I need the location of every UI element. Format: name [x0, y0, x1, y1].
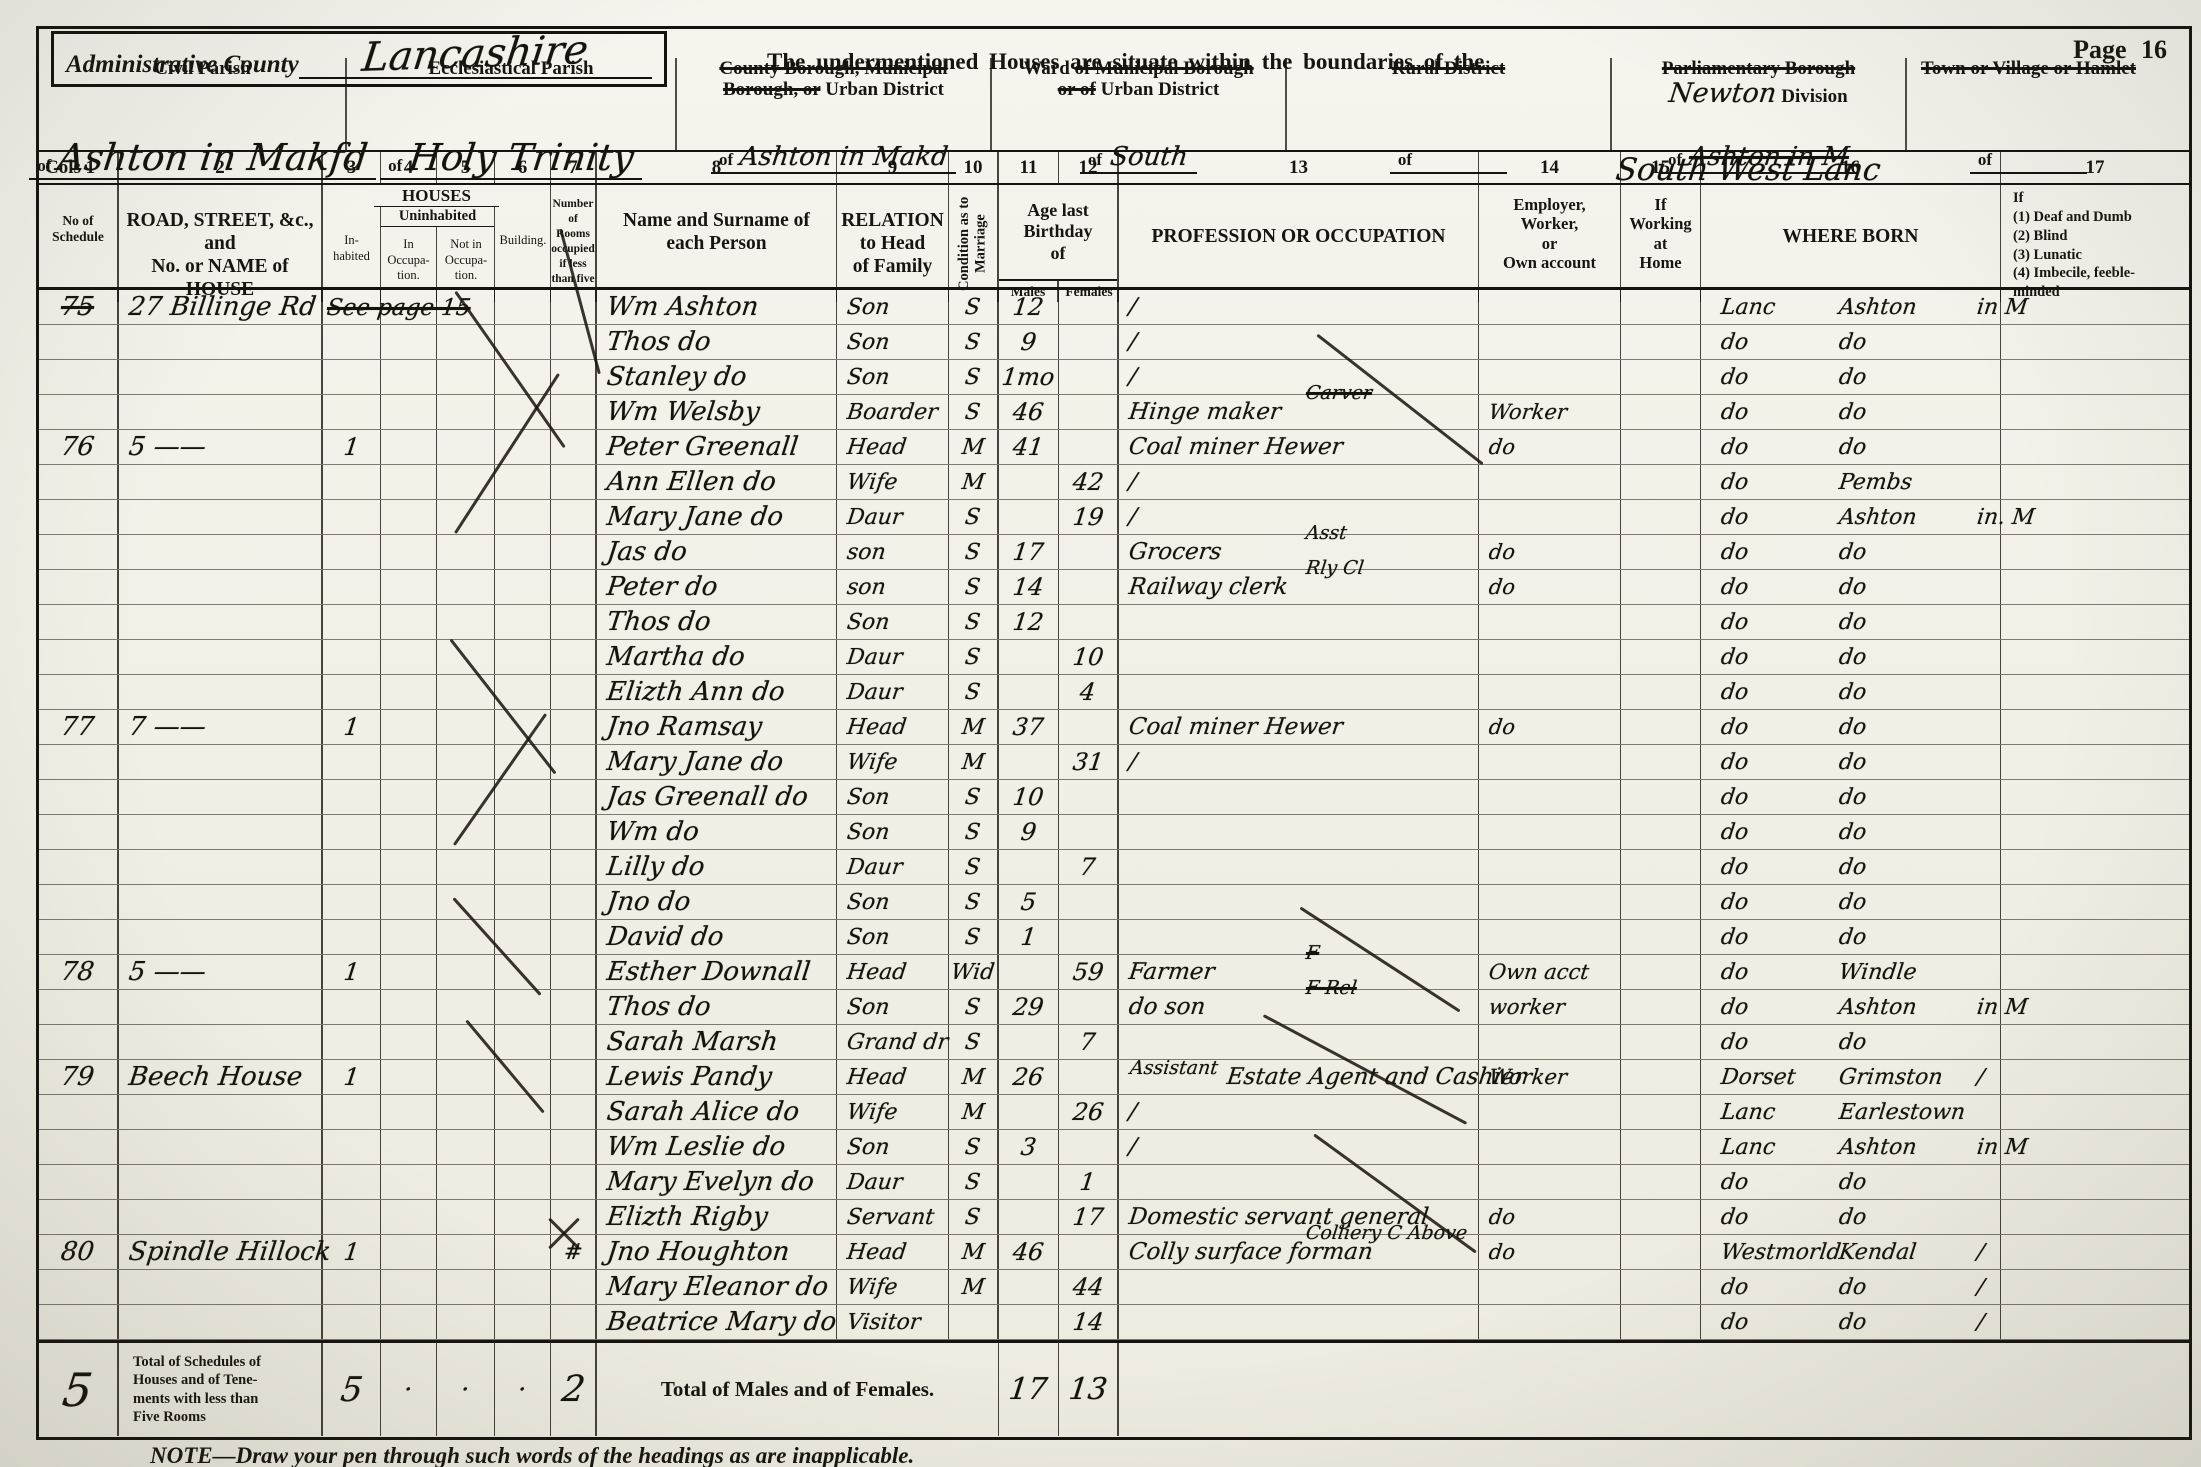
cell-where-born: dodo	[1701, 745, 2001, 779]
cell-condition: M	[949, 745, 999, 779]
born-part-1: do	[1719, 1275, 1749, 1300]
cell-age-male	[999, 465, 1059, 499]
cell-relation: Son	[837, 605, 949, 639]
cell-employer: Worker	[1479, 1060, 1621, 1094]
cell-employer	[1479, 1130, 1621, 1164]
cell-inhabited	[323, 815, 381, 849]
cell-relation: Daur	[837, 1165, 949, 1199]
census-row-23: 79Beech House1Lewis PandyHeadM26Assistan…	[39, 1060, 2189, 1095]
cell-inhabited	[323, 850, 381, 884]
cell-inhabited: See page 15	[323, 290, 381, 324]
cell-not-in-occupation	[437, 1270, 495, 1304]
cell-relation: Son	[837, 1130, 949, 1164]
born-part-2: do	[1837, 365, 1867, 390]
born-part-2: do	[1837, 785, 1867, 810]
cell-road	[119, 1200, 323, 1234]
cell-in-occupation	[381, 1130, 437, 1164]
born-part-3: /	[1975, 1310, 1985, 1335]
cell-not-in-occupation	[437, 1165, 495, 1199]
cell-rooms	[551, 955, 597, 989]
born-part-1: do	[1719, 470, 1749, 495]
born-part-1: do	[1719, 645, 1749, 670]
born-part-2: do	[1837, 575, 1867, 600]
born-part-3: /	[1975, 1275, 1985, 1300]
cell-profession: Colly surface formanColliery C Above	[1119, 1235, 1479, 1269]
cell-at-home	[1621, 920, 1701, 954]
cell-condition: S	[949, 500, 999, 534]
cell-at-home	[1621, 1270, 1701, 1304]
cell-schedule: 77	[39, 710, 119, 744]
cell-employer	[1479, 1305, 1621, 1339]
cell-schedule	[39, 640, 119, 674]
district-civil-parish-value: ofAshton in Makfd	[29, 139, 376, 180]
cell-name: Peter do	[597, 570, 837, 604]
cell-profession	[1119, 885, 1479, 919]
born-part-1: do	[1719, 540, 1749, 565]
cell-schedule	[39, 1095, 119, 1129]
census-row-30: Beatrice Mary doVisitor14dodo/	[39, 1305, 2189, 1340]
cell-not-in-occupation	[437, 850, 495, 884]
census-row-6: Ann Ellen doWifeM42/doPembs	[39, 465, 2189, 500]
cell-schedule: 79	[39, 1060, 119, 1094]
cell-road	[119, 395, 323, 429]
cell-condition: S	[949, 1165, 999, 1199]
cell-age-male	[999, 745, 1059, 779]
cell-road	[119, 745, 323, 779]
cell-rooms	[551, 885, 597, 919]
cell-age-female	[1059, 1130, 1119, 1164]
born-part-2: Earlestown	[1837, 1100, 1966, 1125]
cell-employer	[1479, 500, 1621, 534]
cell-profession: /	[1119, 465, 1479, 499]
cell-where-born: dodo/	[1701, 1305, 2001, 1339]
cell-not-in-occupation	[437, 430, 495, 464]
cell-age-female	[1059, 1060, 1119, 1094]
cell-schedule	[39, 1270, 119, 1304]
cell-relation: Son	[837, 920, 949, 954]
cell-profession	[1119, 1305, 1479, 1339]
born-part-1: do	[1719, 1205, 1749, 1230]
born-part-2: Kendal	[1837, 1240, 1917, 1265]
cell-condition: S	[949, 885, 999, 919]
cell-at-home	[1621, 1130, 1701, 1164]
cell-road	[119, 605, 323, 639]
cell-inhabited	[323, 780, 381, 814]
born-part-3: in. M	[1975, 505, 2036, 530]
born-part-1: do	[1719, 435, 1749, 460]
cell-employer	[1479, 1025, 1621, 1059]
cell-building	[495, 570, 551, 604]
cell-in-occupation	[381, 570, 437, 604]
totals-row: 5 Total of Schedules of Houses and of Te…	[39, 1340, 2189, 1436]
cell-relation: Son	[837, 290, 949, 324]
cell-condition: M	[949, 1270, 999, 1304]
cell-condition: S	[949, 640, 999, 674]
cell-age-male	[999, 1305, 1059, 1339]
census-row-3: Stanley doSonS1mo/dodo	[39, 360, 2189, 395]
cell-relation: Wife	[837, 1095, 949, 1129]
cell-schedule	[39, 535, 119, 569]
cell-relation: Head	[837, 1235, 949, 1269]
cell-name: Jas do	[597, 535, 837, 569]
cell-profession	[1119, 1165, 1479, 1199]
cell-in-occupation	[381, 535, 437, 569]
census-row-11: Martha doDaurS10dodo	[39, 640, 2189, 675]
footer-note: NOTE—Draw your pen through such words of…	[150, 1443, 914, 1467]
census-rows: 7527 Billinge RdSee page 15Wm AshtonSonS…	[39, 290, 2189, 1340]
cell-schedule	[39, 675, 119, 709]
cell-at-home	[1621, 360, 1701, 394]
cell-not-in-occupation	[437, 395, 495, 429]
cell-relation: Daur	[837, 850, 949, 884]
cell-employer: do	[1479, 430, 1621, 464]
header-name: Name and Surname of each Person	[597, 185, 837, 302]
cell-road	[119, 360, 323, 394]
cell-condition: S	[949, 815, 999, 849]
cell-relation: Wife	[837, 745, 949, 779]
cell-profession: /	[1119, 360, 1479, 394]
census-row-7: Mary Jane doDaurS19/doAshtonin. M	[39, 500, 2189, 535]
census-row-19: David doSonS1dodo	[39, 920, 2189, 955]
cell-relation: Visitor	[837, 1305, 949, 1339]
cell-road	[119, 500, 323, 534]
born-part-2: do	[1837, 925, 1867, 950]
cell-infirmity	[2001, 1095, 2189, 1129]
cell-infirmity	[2001, 745, 2189, 779]
cell-in-occupation	[381, 465, 437, 499]
cell-building	[495, 920, 551, 954]
cell-condition: S	[949, 395, 999, 429]
born-part-2: do	[1837, 1030, 1867, 1055]
cell-not-in-occupation	[437, 675, 495, 709]
cell-building	[495, 325, 551, 359]
cell-relation: Head	[837, 955, 949, 989]
cell-relation: Son	[837, 990, 949, 1024]
cell-building	[495, 290, 551, 324]
header-employer: Employer, Worker, or Own account	[1479, 185, 1621, 302]
born-part-2: do	[1837, 610, 1867, 635]
cell-profession	[1119, 640, 1479, 674]
cell-age-female: 10	[1059, 640, 1119, 674]
cell-condition: M	[949, 1235, 999, 1269]
cell-relation: Daur	[837, 675, 949, 709]
district-civil-parish: Civil ParishofAshton in Makfd	[60, 58, 345, 150]
cell-inhabited	[323, 1025, 381, 1059]
cell-where-born: dodo	[1701, 1200, 2001, 1234]
cell-at-home	[1621, 1095, 1701, 1129]
born-part-2: Pembs	[1837, 470, 1913, 495]
cell-employer	[1479, 920, 1621, 954]
cell-age-male: 46	[999, 1235, 1059, 1269]
cell-where-born: dodo	[1701, 535, 2001, 569]
cell-at-home	[1621, 990, 1701, 1024]
cell-name: Stanley do	[597, 360, 837, 394]
cell-inhabited	[323, 570, 381, 604]
cell-at-home	[1621, 570, 1701, 604]
cell-employer	[1479, 815, 1621, 849]
cell-condition: S	[949, 535, 999, 569]
cell-not-in-occupation	[437, 360, 495, 394]
cell-at-home	[1621, 815, 1701, 849]
header-houses: HOUSES In- habited Uninhabited In Occupa…	[323, 185, 551, 302]
born-part-1: do	[1719, 365, 1749, 390]
cell-schedule	[39, 395, 119, 429]
header-age: Age last Birthday of Males Females	[999, 185, 1119, 302]
district-ward-value: ofSouth	[1080, 144, 1197, 174]
cell-name: Mary Jane do	[597, 500, 837, 534]
cell-relation: Servant	[837, 1200, 949, 1234]
cell-inhabited	[323, 605, 381, 639]
cell-profession	[1119, 1025, 1479, 1059]
cell-inhabited: 1	[323, 1060, 381, 1094]
cell-age-female	[1059, 885, 1119, 919]
cell-where-born: dodo	[1701, 885, 2001, 919]
cell-age-female: 59	[1059, 955, 1119, 989]
cell-where-born: dodo	[1701, 570, 2001, 604]
cell-inhabited: 1	[323, 710, 381, 744]
cell-rooms	[551, 500, 597, 534]
born-part-1: do	[1719, 400, 1749, 425]
cell-not-in-occupation	[437, 745, 495, 779]
born-part-2: Grimston	[1837, 1065, 1944, 1090]
born-part-1: do	[1719, 960, 1749, 985]
header-building: Building.	[495, 207, 551, 302]
header-houses-title: HOUSES	[374, 186, 499, 207]
cell-schedule	[39, 360, 119, 394]
cell-relation: son	[837, 570, 949, 604]
cell-name: David do	[597, 920, 837, 954]
cell-infirmity	[2001, 815, 2189, 849]
cell-employer: do	[1479, 570, 1621, 604]
cell-employer	[1479, 745, 1621, 779]
census-row-25: Wm Leslie doSonS3/LancAshtonin M	[39, 1130, 2189, 1165]
cell-infirmity	[2001, 570, 2189, 604]
cell-rooms	[551, 1305, 597, 1339]
census-row-8: Jas dosonS17GrocersAsstdododo	[39, 535, 2189, 570]
cell-road	[119, 535, 323, 569]
cell-employer	[1479, 465, 1621, 499]
cell-building	[495, 1235, 551, 1269]
cell-condition	[949, 1305, 999, 1339]
cell-where-born: dodo	[1701, 920, 2001, 954]
cell-at-home	[1621, 430, 1701, 464]
cell-inhabited	[323, 535, 381, 569]
cell-inhabited: 1	[323, 430, 381, 464]
born-part-1: do	[1719, 1170, 1749, 1195]
cell-in-occupation	[381, 360, 437, 394]
cell-condition: S	[949, 360, 999, 394]
cell-relation: Grand dr	[837, 1025, 949, 1059]
born-part-1: do	[1719, 680, 1749, 705]
cell-in-occupation	[381, 500, 437, 534]
cell-road	[119, 780, 323, 814]
cell-schedule	[39, 745, 119, 779]
cell-in-occupation	[381, 1200, 437, 1234]
born-part-2: do	[1837, 435, 1867, 460]
cell-not-in-occupation	[437, 710, 495, 744]
cell-inhabited	[323, 640, 381, 674]
cell-road	[119, 570, 323, 604]
cell-schedule: 76	[39, 430, 119, 464]
cell-age-male: 1	[999, 920, 1059, 954]
cell-rooms	[551, 570, 597, 604]
cell-age-male	[999, 955, 1059, 989]
cell-road	[119, 675, 323, 709]
cell-condition: S	[949, 290, 999, 324]
cell-relation: Boarder	[837, 395, 949, 429]
cell-not-in-occupation	[437, 1130, 495, 1164]
cell-in-occupation	[381, 430, 437, 464]
cell-road	[119, 465, 323, 499]
cell-age-female	[1059, 780, 1119, 814]
cell-at-home	[1621, 850, 1701, 884]
census-row-29: Mary Eleanor doWifeM44dodo/	[39, 1270, 2189, 1305]
census-row-2: Thos doSonS9/dodo	[39, 325, 2189, 360]
cell-employer	[1479, 1095, 1621, 1129]
census-row-18: Jno doSonS5dodo	[39, 885, 2189, 920]
cell-age-male: 9	[999, 325, 1059, 359]
cell-road	[119, 1095, 323, 1129]
cell-not-in-occupation	[437, 1235, 495, 1269]
born-part-2: do	[1837, 1310, 1867, 1335]
district-ward: Ward of Municipal Boroughor of Urban Dis…	[990, 58, 1285, 150]
cell-building	[495, 885, 551, 919]
cell-relation: Son	[837, 325, 949, 359]
district-ecclesiastical-parish: Ecclesiastical ParishofHoly Trinity	[345, 58, 675, 150]
cell-age-female: 26	[1059, 1095, 1119, 1129]
cell-in-occupation	[381, 745, 437, 779]
cell-age-female	[1059, 605, 1119, 639]
cell-not-in-occupation	[437, 325, 495, 359]
cell-road	[119, 1270, 323, 1304]
cell-in-occupation	[381, 1025, 437, 1059]
cell-profession	[1119, 675, 1479, 709]
cell-name: Esther Downall	[597, 955, 837, 989]
cell-inhabited	[323, 1095, 381, 1129]
cell-in-occupation	[381, 395, 437, 429]
cell-profession: /	[1119, 1130, 1479, 1164]
cell-relation: Son	[837, 360, 949, 394]
cell-relation: Wife	[837, 1270, 949, 1304]
cell-name: Jas Greenall do	[597, 780, 837, 814]
cell-where-born: dodo	[1701, 815, 2001, 849]
cell-employer: worker	[1479, 990, 1621, 1024]
cell-condition: S	[949, 990, 999, 1024]
born-part-1: do	[1719, 785, 1749, 810]
cell-inhabited	[323, 1200, 381, 1234]
cell-where-born: dodo	[1701, 360, 2001, 394]
cell-road	[119, 815, 323, 849]
cell-age-female	[1059, 1235, 1119, 1269]
cell-at-home	[1621, 500, 1701, 534]
cell-age-male: 26	[999, 1060, 1059, 1094]
cell-road	[119, 325, 323, 359]
cell-profession: do sonF Rel	[1119, 990, 1479, 1024]
cell-inhabited: 1	[323, 1235, 381, 1269]
totals-inhabited: 5	[323, 1343, 381, 1436]
cell-road	[119, 1025, 323, 1059]
cell-infirmity	[2001, 1025, 2189, 1059]
profession-annotation: F Rel	[1304, 977, 1358, 999]
cell-condition: S	[949, 325, 999, 359]
cell-where-born: dodo	[1701, 395, 2001, 429]
totals-not-in-occupation: ·	[437, 1343, 495, 1436]
cell-relation: Daur	[837, 500, 949, 534]
born-part-2: Ashton	[1837, 1135, 1918, 1160]
born-part-1: Westmorld	[1719, 1240, 1842, 1265]
cell-not-in-occupation	[437, 605, 495, 639]
cell-schedule	[39, 570, 119, 604]
cell-employer	[1479, 850, 1621, 884]
cell-age-female	[1059, 920, 1119, 954]
cell-relation: Head	[837, 710, 949, 744]
cell-road: 5 ——	[119, 430, 323, 464]
cell-in-occupation	[381, 1270, 437, 1304]
cell-name: Jno Houghton	[597, 1235, 837, 1269]
cell-infirmity	[2001, 325, 2189, 359]
cell-schedule	[39, 1025, 119, 1059]
cell-road	[119, 850, 323, 884]
cell-at-home	[1621, 465, 1701, 499]
cell-building	[495, 500, 551, 534]
cell-relation: Son	[837, 815, 949, 849]
cell-at-home	[1621, 675, 1701, 709]
cell-relation: Head	[837, 1060, 949, 1094]
cell-rooms	[551, 780, 597, 814]
cell-road	[119, 1305, 323, 1339]
cell-building	[495, 1200, 551, 1234]
header-at-home: If Working at Home	[1621, 185, 1701, 302]
cell-building	[495, 1025, 551, 1059]
census-row-24: Sarah Alice doWifeM26/LancEarlestown	[39, 1095, 2189, 1130]
cell-age-male: 41	[999, 430, 1059, 464]
cell-rooms	[551, 640, 597, 674]
cell-at-home	[1621, 1305, 1701, 1339]
cell-employer: do	[1479, 710, 1621, 744]
cell-at-home	[1621, 1025, 1701, 1059]
cell-at-home	[1621, 325, 1701, 359]
cell-rooms	[551, 710, 597, 744]
cell-road: 7 ——	[119, 710, 323, 744]
born-part-1: do	[1719, 995, 1749, 1020]
cell-rooms	[551, 535, 597, 569]
cell-not-in-occupation	[437, 1200, 495, 1234]
profession-annotation: Assistant	[1129, 1057, 1220, 1079]
census-row-21: Thos doSonS29do sonF RelworkerdoAshtonin…	[39, 990, 2189, 1025]
cell-name: Wm Ashton	[597, 290, 837, 324]
cell-name: Mary Jane do	[597, 745, 837, 779]
born-part-2: do	[1837, 540, 1867, 565]
born-part-1: do	[1719, 820, 1749, 845]
census-row-1: 7527 Billinge RdSee page 15Wm AshtonSonS…	[39, 290, 2189, 325]
district-rural-district: Rural Districtof	[1285, 58, 1610, 150]
cell-profession: AssistantEstate Agent and Cashier	[1119, 1060, 1479, 1094]
cell-building	[495, 815, 551, 849]
cell-age-male: 12	[999, 605, 1059, 639]
cell-inhabited	[323, 465, 381, 499]
cell-profession: Coal miner Hewer	[1119, 710, 1479, 744]
cell-where-born: LancEarlestown	[1701, 1095, 2001, 1129]
cell-age-female: 1	[1059, 1165, 1119, 1199]
cell-condition: M	[949, 1095, 999, 1129]
cell-profession: /	[1119, 325, 1479, 359]
born-part-2: do	[1837, 820, 1867, 845]
totals-label: Total of Schedules of Houses and of Tene…	[119, 1343, 323, 1436]
cell-infirmity	[2001, 465, 2189, 499]
born-part-1: Lanc	[1719, 1100, 1776, 1125]
cell-infirmity	[2001, 1200, 2189, 1234]
census-row-17: Lilly doDaurS7dodo	[39, 850, 2189, 885]
